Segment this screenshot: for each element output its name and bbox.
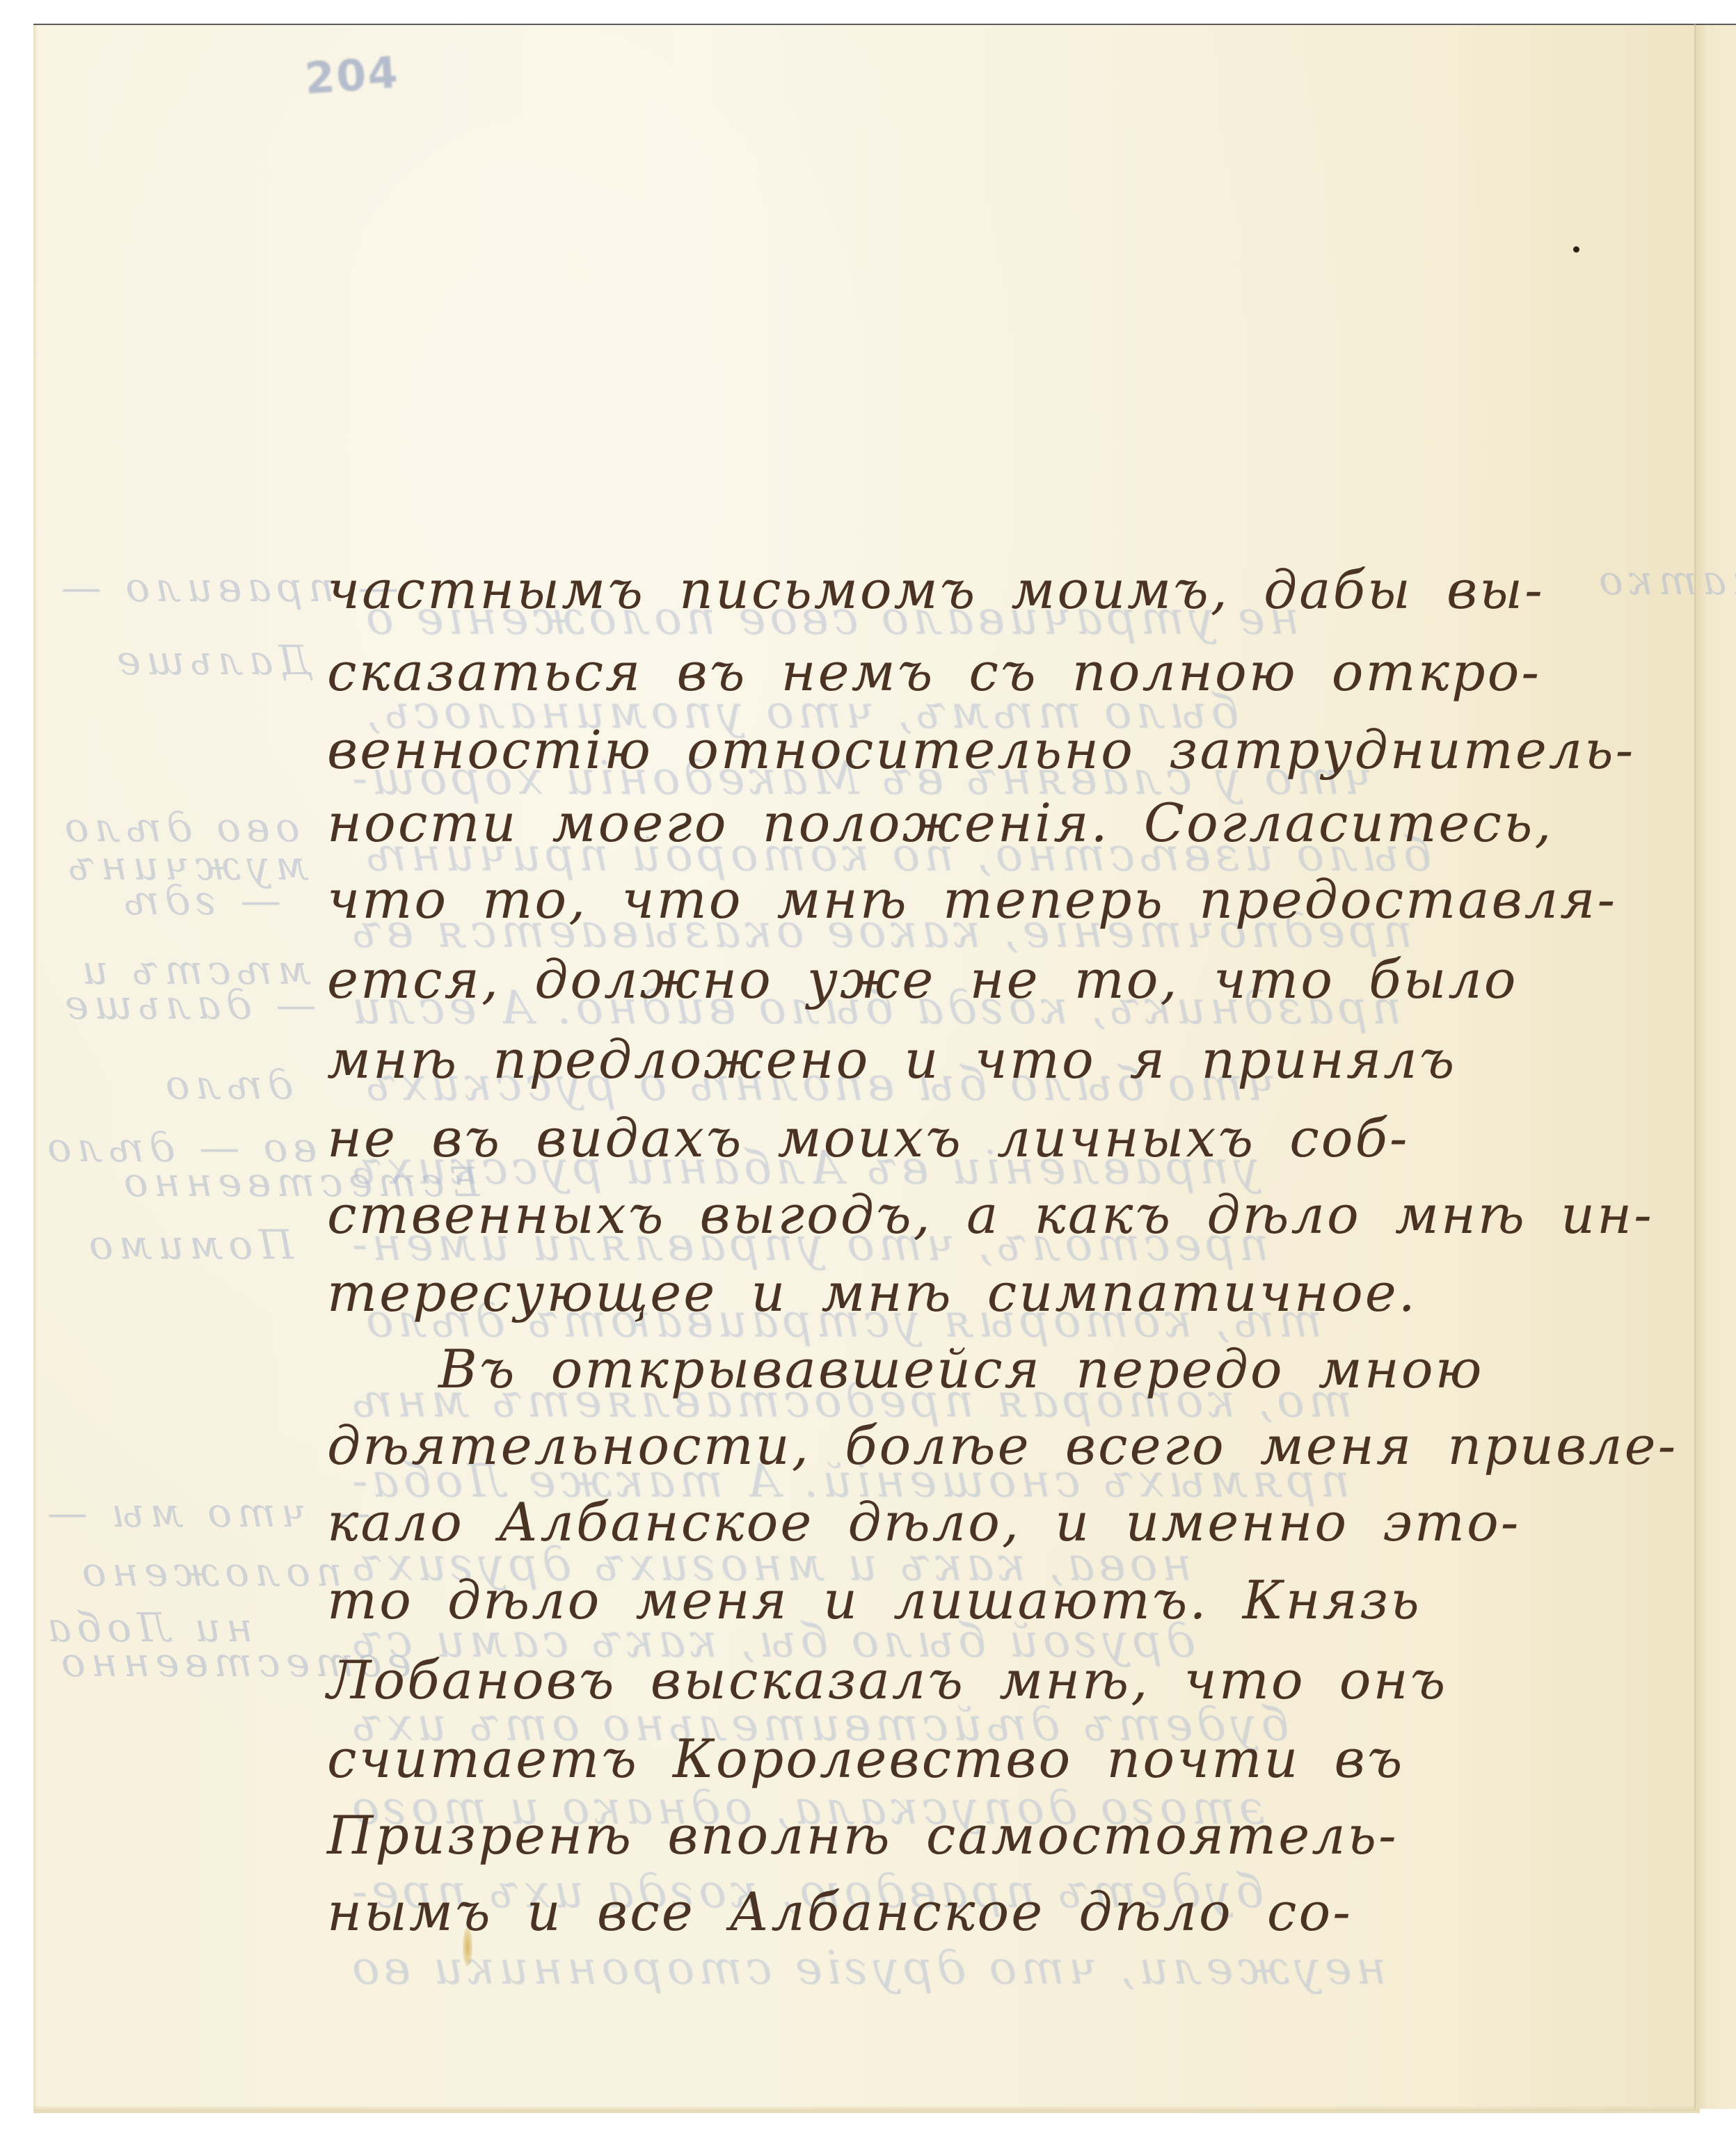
handwritten-line: не въ видахъ моихъ личныхъ соб- — [327, 1112, 1410, 1165]
handwritten-line: дѣятельности, болѣе всего меня привле- — [327, 1419, 1678, 1472]
handwritten-line: Лобановъ высказалъ мнѣ, что онъ — [327, 1654, 1447, 1707]
folio-number: 204 — [303, 47, 401, 104]
handwritten-line: то дѣло меня и лишаютъ. Князь — [327, 1574, 1422, 1627]
ink-dot — [1573, 246, 1579, 253]
handwritten-line: ности моего положенія. Согласитесь, — [327, 797, 1554, 850]
page-bottom-edge — [33, 2105, 1700, 2111]
folded-back-sheet — [1694, 24, 1736, 2109]
handwritten-line: кало Албанское дѣло, и именно это- — [327, 1496, 1520, 1549]
handwritten-line: ется, должно уже не то, что было — [327, 953, 1518, 1006]
handwritten-line: считаетъ Королевство почти въ — [327, 1733, 1404, 1785]
handwritten-line: нымъ и все Албанское дѣло со- — [327, 1886, 1353, 1938]
handwritten-line: что то, что мнѣ теперь предоставля- — [327, 873, 1617, 926]
handwritten-line: мнѣ предложено и что я принялъ — [327, 1033, 1456, 1086]
handwritten-line: тересующее и мнѣ симпатичное. — [327, 1266, 1417, 1319]
page-left-edge — [33, 25, 38, 2111]
handwritten-line: ственныхъ выгодъ, а какъ дѣло мнѣ ин- — [327, 1188, 1654, 1241]
handwritten-line: венностію относительно затруднитель- — [327, 724, 1635, 777]
handwritten-line: частнымъ письмомъ моимъ, дабы вы- — [327, 564, 1545, 616]
handwritten-line-paragraph-start: Въ открывавшейся передо мною — [438, 1343, 1484, 1396]
handwritten-line: Призренѣ вполнѣ самостоятель- — [327, 1809, 1399, 1862]
handwritten-line: сказаться въ немъ съ полною откро- — [327, 646, 1541, 699]
